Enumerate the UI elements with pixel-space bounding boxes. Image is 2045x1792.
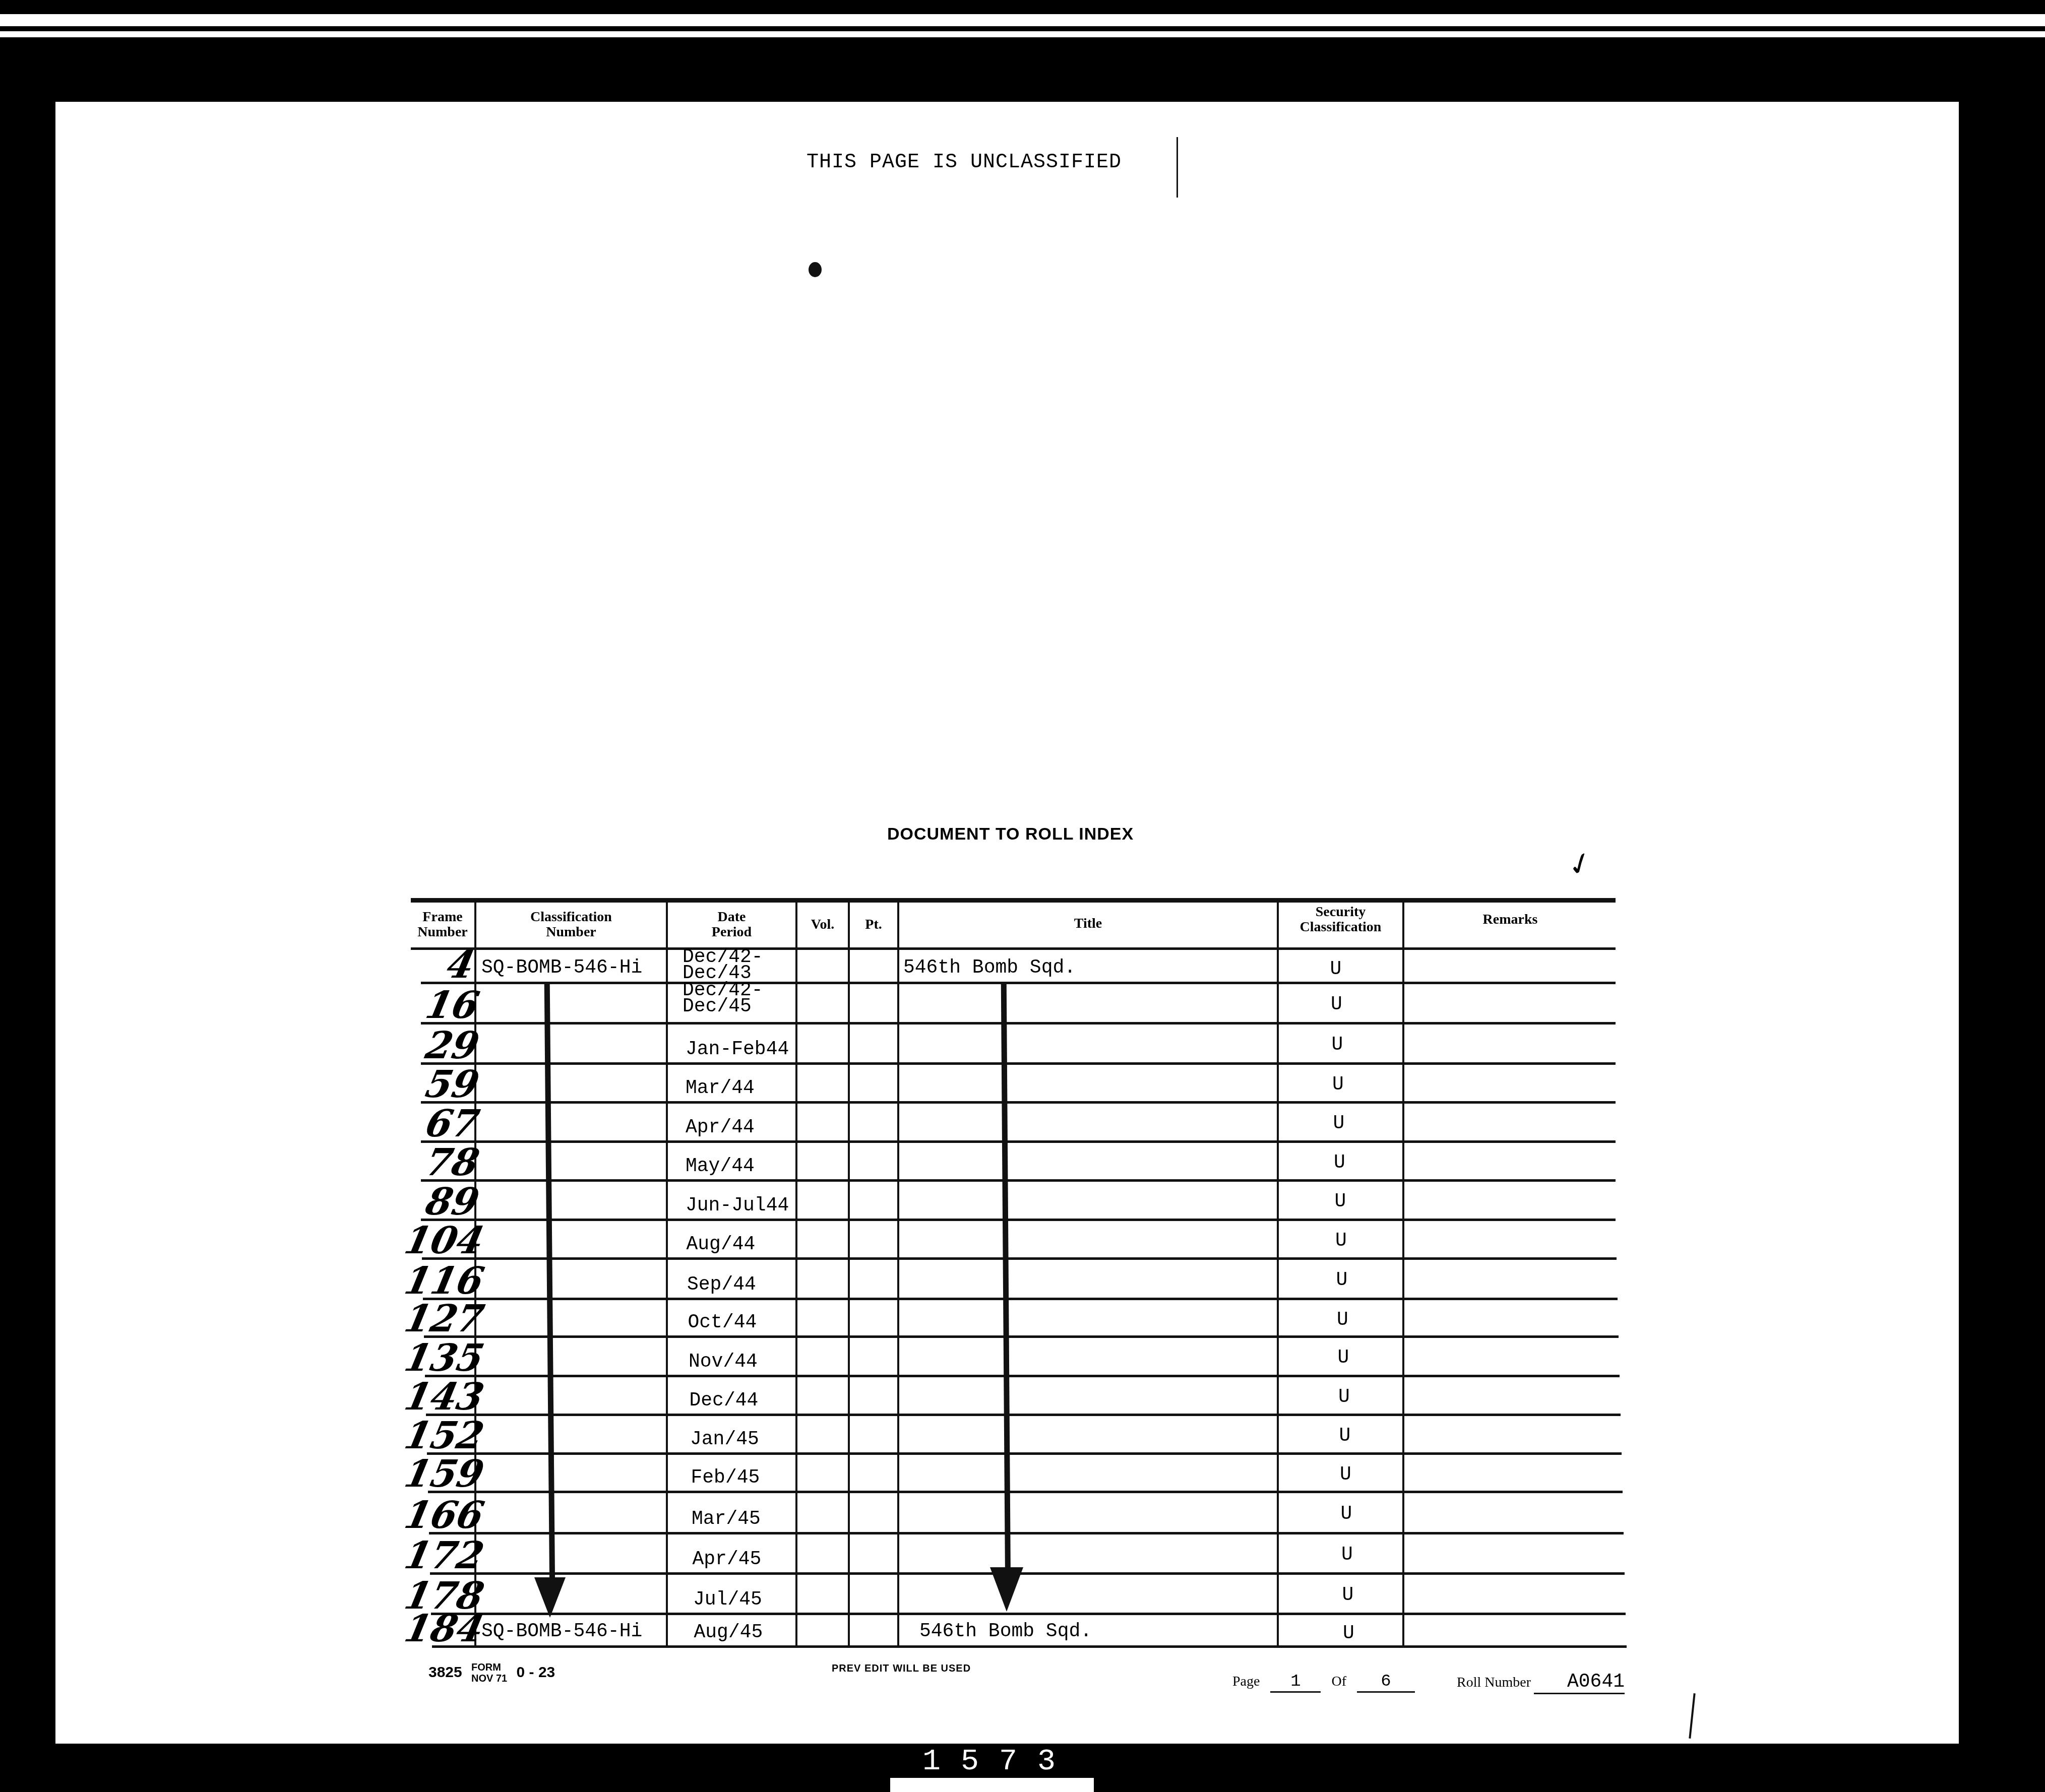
frame-number: 59 — [422, 1066, 482, 1103]
col-divider-pt — [897, 900, 899, 1648]
frame-number: 89 — [422, 1183, 482, 1221]
header-date-period: Date Period — [668, 910, 795, 940]
security-classification: U — [1327, 1269, 1357, 1291]
row-rule — [425, 1375, 1620, 1377]
row-rule — [421, 1179, 1616, 1182]
security-classification: U — [1328, 1309, 1358, 1331]
security-classification: U — [1329, 1386, 1359, 1408]
frame-number: 135 — [401, 1339, 487, 1377]
date-period: Dec/44 — [690, 1391, 759, 1411]
security-classification: U — [1330, 1425, 1360, 1447]
col-divider-security — [1402, 900, 1404, 1648]
security-classification: U — [1331, 1503, 1361, 1525]
row-rule — [421, 982, 1616, 984]
date-period: Jan-Feb44 — [686, 1040, 789, 1059]
down-arrow-icon — [990, 1567, 1023, 1612]
security-classification: U — [1333, 1584, 1363, 1606]
frame-number: 29 — [422, 1027, 482, 1064]
row-rule — [430, 1572, 1625, 1575]
frame-number: 184 — [401, 1610, 487, 1647]
header-classification-number: Classification Number — [476, 910, 666, 940]
page-count: Page 1 Of 6 — [1232, 1672, 1422, 1693]
classification-number: SQ-BOMB-546-Hi — [481, 1622, 642, 1641]
frame-number: 127 — [401, 1300, 487, 1337]
ink-spot — [809, 262, 822, 277]
header-security-classification: Security Classification — [1279, 905, 1402, 935]
security-classification: U — [1332, 1544, 1362, 1566]
date-period: Jun-Jul44 — [686, 1196, 789, 1215]
document-title-cell: 546th Bomb Sqd. — [903, 958, 1076, 978]
film-band-top-thin — [0, 31, 2045, 37]
col-divider-vol — [848, 900, 850, 1648]
row-rule — [432, 1645, 1627, 1648]
col-divider-title — [1277, 900, 1279, 1648]
date-period: Dec/42-Dec/43 — [683, 949, 763, 982]
row-rule — [429, 1532, 1624, 1534]
previous-edition-note: PREV EDIT WILL BE USED — [832, 1663, 971, 1675]
down-arrow-icon — [534, 1577, 566, 1618]
header-frame-number: Frame Number — [411, 910, 474, 940]
frame-number: 172 — [401, 1537, 487, 1574]
frame-number: 116 — [401, 1262, 487, 1300]
film-frame-number: 1573 — [922, 1745, 1076, 1779]
date-period: Mar/44 — [686, 1079, 755, 1098]
security-classification: U — [1321, 958, 1351, 980]
row-rule — [423, 1298, 1618, 1300]
table-top-rule — [411, 898, 1616, 903]
page-total: 6 — [1357, 1672, 1415, 1693]
frame-number: 159 — [401, 1455, 487, 1493]
row-rule — [431, 1613, 1626, 1615]
col-divider-date — [795, 900, 797, 1648]
film-band-top — [0, 14, 2045, 26]
date-period: Nov/44 — [689, 1353, 758, 1372]
roll-number-value: A0641 — [1534, 1671, 1625, 1694]
frame-number: 104 — [401, 1222, 487, 1259]
col-divider-classification — [666, 900, 668, 1648]
classification-notice: THIS PAGE IS UNCLASSIFIED — [807, 151, 1122, 174]
security-classification: U — [1322, 1034, 1352, 1056]
margin-mark — [1176, 137, 1178, 198]
security-classification: U — [1325, 1191, 1355, 1212]
security-classification: U — [1328, 1347, 1358, 1369]
security-classification: U — [1323, 1074, 1353, 1096]
row-rule — [421, 1140, 1616, 1143]
date-period: Sep/44 — [687, 1275, 756, 1295]
header-vol: Vol. — [797, 917, 848, 932]
frame-number: 166 — [401, 1497, 487, 1534]
security-classification: U — [1334, 1623, 1364, 1644]
date-period: Oct/44 — [688, 1313, 757, 1332]
date-period: Feb/45 — [691, 1468, 760, 1488]
document-title: DOCUMENT TO ROLL INDEX — [887, 824, 1134, 844]
table-header-rule — [411, 947, 1616, 950]
frame-number: 16 — [422, 987, 482, 1024]
header-title: Title — [899, 916, 1277, 931]
frame-number: 78 — [422, 1144, 482, 1181]
security-classification: U — [1331, 1464, 1361, 1486]
frame-number: 143 — [401, 1378, 487, 1416]
frame-number: 67 — [422, 1105, 482, 1142]
row-rule — [424, 1335, 1619, 1338]
row-rule — [422, 1257, 1617, 1260]
date-period: Jan/45 — [690, 1430, 759, 1449]
header-pt: Pt. — [850, 917, 897, 932]
form-identifier: 3825 FORMNOV 71 0 - 23 — [428, 1662, 555, 1684]
frame-number: 152 — [401, 1417, 487, 1454]
classification-number: SQ-BOMB-546-Hi — [481, 958, 642, 978]
row-rule — [421, 1219, 1616, 1221]
row-rule — [428, 1491, 1623, 1493]
security-classification: U — [1324, 1113, 1354, 1134]
film-label-bar — [890, 1778, 1094, 1792]
document-title-cell: 546th Bomb Sqd. — [919, 1622, 1092, 1641]
row-rule — [421, 1062, 1616, 1065]
date-period: Mar/45 — [692, 1510, 761, 1529]
date-period: Aug/45 — [694, 1623, 763, 1642]
date-period: Jul/45 — [693, 1590, 762, 1610]
row-rule — [421, 1022, 1616, 1025]
row-rule — [426, 1414, 1621, 1416]
row-rule — [427, 1452, 1622, 1455]
security-classification: U — [1322, 994, 1352, 1015]
date-period: Apr/45 — [693, 1550, 762, 1569]
date-period: Aug/44 — [687, 1235, 756, 1254]
date-period: Dec/42-Dec/45 — [683, 983, 763, 1015]
row-rule — [421, 1101, 1616, 1104]
security-classification: U — [1326, 1230, 1356, 1252]
page-current: 1 — [1270, 1672, 1321, 1693]
roll-number: Roll NumberA0641 — [1457, 1671, 1625, 1694]
date-period: Apr/44 — [686, 1118, 755, 1137]
security-classification: U — [1325, 1152, 1355, 1174]
date-period: May/44 — [686, 1157, 755, 1176]
header-remarks: Remarks — [1404, 912, 1616, 927]
